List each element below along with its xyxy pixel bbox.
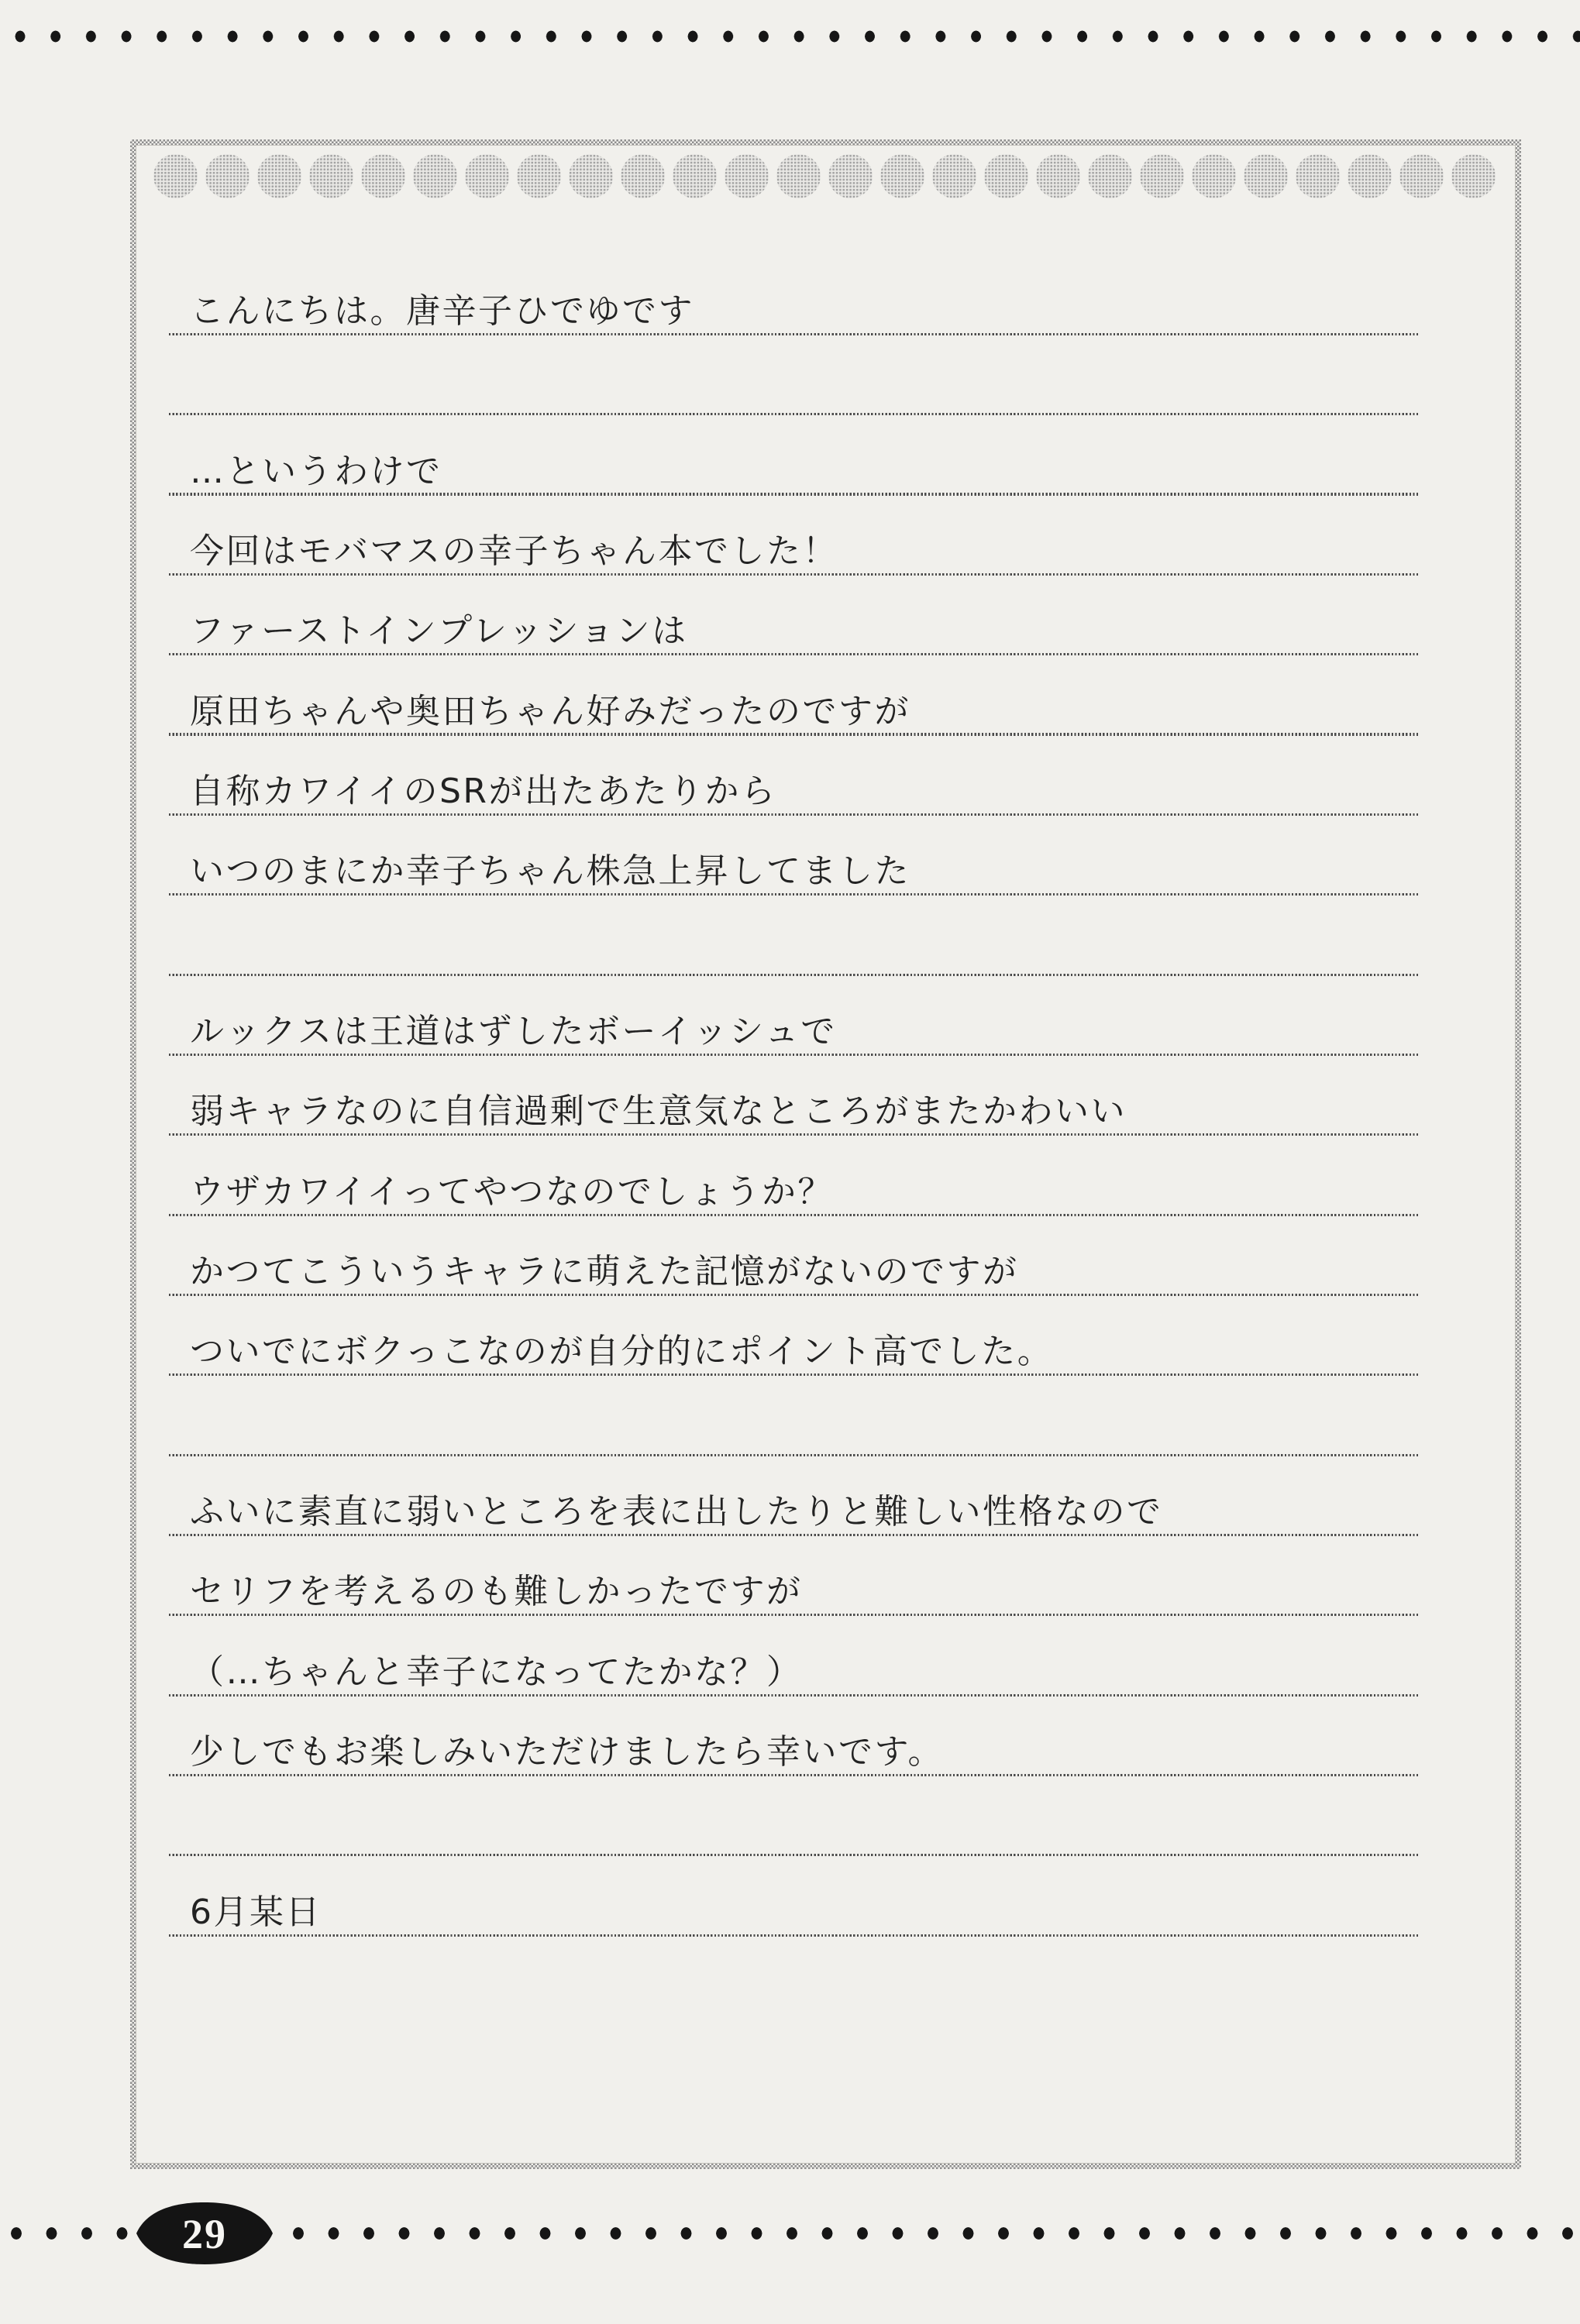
halftone-circle: [309, 154, 353, 198]
halftone-circle: [776, 154, 821, 198]
top-dot-border: [0, 30, 1580, 43]
afterword-line-text: かつてこういうキャラに萌えた記憶がないのですが: [190, 1255, 1019, 1289]
afterword-line-text: （…ちゃんと幸子になってたかな？）: [190, 1655, 803, 1690]
afterword-line-text: ファーストインプレッションは: [190, 614, 688, 648]
ruled-line: [169, 1934, 1420, 1937]
afterword-row: こんにちは。唐辛子ひでゆです: [169, 256, 1420, 335]
halftone-circle: [205, 154, 250, 198]
afterword-line-text: …というわけで: [190, 455, 442, 489]
halftone-circle: [880, 154, 924, 198]
afterword-line-text: ふいに素直に弱いところを表に出したりと難しい性格なので: [190, 1495, 1163, 1529]
afterword-line-text: セリフを考えるのも難しかったですが: [190, 1575, 803, 1609]
afterword-row: ふいに素直に弱いところを表に出したりと難しい性格なので: [169, 1456, 1420, 1536]
afterword-row: 自称カワイイのSRが出たあたりから: [169, 736, 1420, 816]
halftone-circle: [932, 154, 976, 198]
afterword-row: [169, 1376, 1420, 1456]
afterword-line-text: 原田ちゃんや奥田ちゃん好みだったのですが: [190, 695, 910, 729]
afterword-line-text: 6月某日: [190, 1896, 322, 1930]
halftone-circle: [465, 154, 509, 198]
halftone-circle: [725, 154, 769, 198]
halftone-circle: [1140, 154, 1184, 198]
afterword-row: …というわけで: [169, 415, 1420, 495]
halftone-circle: [1451, 154, 1496, 198]
afterword-line-text: ルックスは王道はずしたボーイッシュで: [190, 1015, 837, 1049]
afterword-line-text: 弱キャラなのに自信過剰で生意気なところがまたかわいい: [190, 1095, 1127, 1129]
afterword-row: ウザカワイイってやつなのでしょうか？: [169, 1136, 1420, 1215]
afterword-row: 原田ちゃんや奥田ちゃん好みだったのですが: [169, 655, 1420, 735]
halftone-circle: [1036, 154, 1080, 198]
afterword-row: 6月某日: [169, 1856, 1420, 1936]
afterword-row: （…ちゃんと幸子になってたかな？）: [169, 1616, 1420, 1696]
afterword-line-text: 今回はモバマスの幸子ちゃん本でした！: [190, 535, 838, 569]
afterword-row: ついでにボクっこなのが自分的にポイント高でした。: [169, 1296, 1420, 1376]
halftone-circle: [984, 154, 1028, 198]
page-number-badge: 29: [136, 2201, 274, 2266]
afterword-line-text: ついでにボクっこなのが自分的にポイント高でした。: [190, 1335, 1053, 1369]
halftone-circle: [153, 154, 198, 198]
halftone-circle: [517, 154, 561, 198]
afterword-line-text: 少しでもお楽しみいただけましたら幸いです。: [190, 1735, 944, 1769]
halftone-circle: [1399, 154, 1444, 198]
afterword-row: [169, 1776, 1420, 1856]
halftone-circle: [1244, 154, 1288, 198]
handwritten-text-area: こんにちは。唐辛子ひでゆです …というわけで 今回はモバマスの幸子ちゃん本でした…: [169, 256, 1420, 1937]
afterword-row: 弱キャラなのに自信過剰で生意気なところがまたかわいい: [169, 1056, 1420, 1136]
afterword-row: [169, 896, 1420, 975]
halftone-circle: [413, 154, 457, 198]
afterword-panel: こんにちは。唐辛子ひでゆです …というわけで 今回はモバマスの幸子ちゃん本でした…: [136, 145, 1516, 2164]
afterword-line-text: いつのまにか幸子ちゃん株急上昇してました: [190, 854, 910, 889]
afterword-row: ファーストインプレッションは: [169, 576, 1420, 655]
afterword-row: 今回はモバマスの幸子ちゃん本でした！: [169, 496, 1420, 576]
halftone-circle: [361, 154, 405, 198]
halftone-circle: [257, 154, 301, 198]
halftone-circle: [621, 154, 665, 198]
afterword-row: いつのまにか幸子ちゃん株急上昇してました: [169, 816, 1420, 896]
afterword-row: ルックスは王道はずしたボーイッシュで: [169, 976, 1420, 1056]
afterword-row: かつてこういうキャラに萌えた記憶がないのですが: [169, 1216, 1420, 1296]
afterword-row: セリフを考えるのも難しかったですが: [169, 1536, 1420, 1616]
halftone-circle: [1088, 154, 1132, 198]
halftone-circle: [1348, 154, 1392, 198]
afterword-line-text: こんにちは。唐辛子ひでゆです: [190, 294, 694, 328]
halftone-circle: [1296, 154, 1340, 198]
halftone-circle-row: [153, 154, 1496, 198]
halftone-circle: [569, 154, 613, 198]
afterword-line-text: ウザカワイイってやつなのでしょうか？: [190, 1175, 834, 1209]
halftone-circle: [1192, 154, 1236, 198]
scanned-afterword-page: { "afterword": { "lines": [ "こんにちは。唐辛子ひで…: [0, 0, 1580, 2324]
halftone-circle: [828, 154, 873, 198]
afterword-row: [169, 335, 1420, 415]
afterword-line-text: 自称カワイイのSRが出たあたりから: [190, 775, 776, 809]
page-number: 29: [182, 2211, 227, 2257]
afterword-panel-border: こんにちは。唐辛子ひでゆです …というわけで 今回はモバマスの幸子ちゃん本でした…: [130, 139, 1521, 2169]
halftone-circle: [673, 154, 717, 198]
afterword-row: 少しでもお楽しみいただけましたら幸いです。: [169, 1697, 1420, 1776]
